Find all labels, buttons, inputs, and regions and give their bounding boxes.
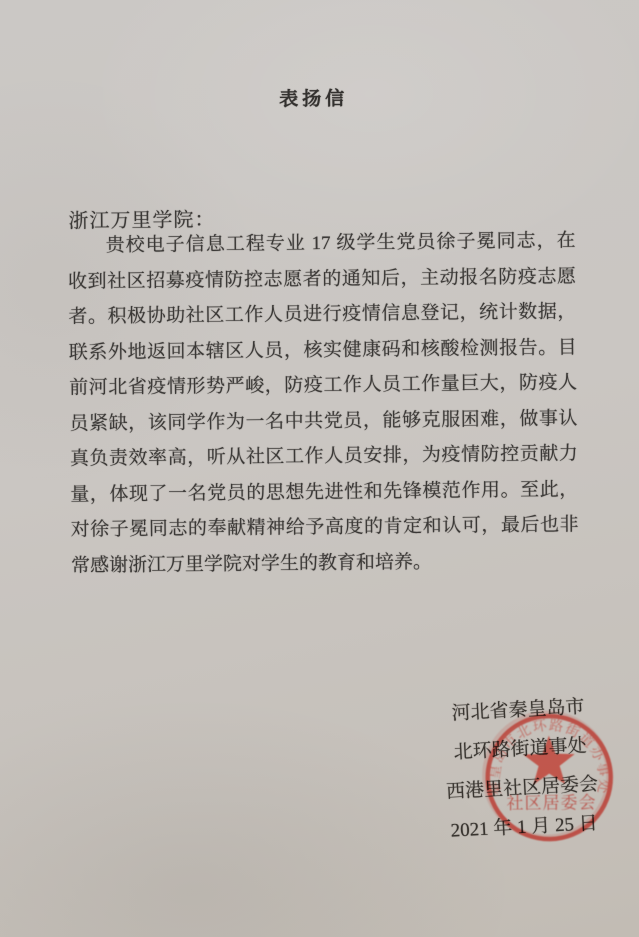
- body-line: 联系外地返回本辖区人员，核实健康码和核酸检测报告。目: [69, 330, 577, 371]
- body-line: 真负责效率高，听从社区工作人员安排，为疫情防控贡献力: [70, 436, 578, 477]
- body-line: 收到社区招募疫情防控志愿者的通知后，主动报名防疫志愿: [68, 259, 576, 300]
- body-line: 前河北省疫情形势严峻，防疫工作人员工作量巨大，防疫人: [69, 365, 577, 406]
- letter-title: 表扬信: [279, 84, 348, 112]
- body-line: 者。积极协助社区工作人员进行疫情信息登记，统计数据，: [68, 294, 576, 335]
- signature-block: 河北省秦皇岛市 北环路街道事处 西港里社区居委会 2021 年 1 月 25 日: [422, 686, 620, 852]
- letter-photo: 表扬信 浙江万里学院： 贵校电子信息工程专业 17 级学生党员徐子冕同志，在 收…: [0, 0, 639, 937]
- body-line: 贵校电子信息工程专业 17 级学生党员徐子冕同志，在: [67, 223, 575, 264]
- body-line: 量，体现了一名党员的思想先进性和先锋模范作用。至此，: [70, 472, 578, 513]
- letter-body: 贵校电子信息工程专业 17 级学生党员徐子冕同志，在 收到社区招募疫情防控志愿者…: [67, 223, 579, 583]
- letter-content: 表扬信 浙江万里学院： 贵校电子信息工程专业 17 级学生党员徐子冕同志，在 收…: [0, 0, 639, 937]
- body-line: 常感谢浙江万里学院对学生的教育和培养。: [71, 543, 579, 584]
- body-line: 员紧缺，该同学作为一名中共党员，能够克服困难，做事认: [69, 401, 577, 442]
- body-line: 对徐子冕同志的奉献精神给予高度的肯定和认可，最后也非: [70, 507, 578, 548]
